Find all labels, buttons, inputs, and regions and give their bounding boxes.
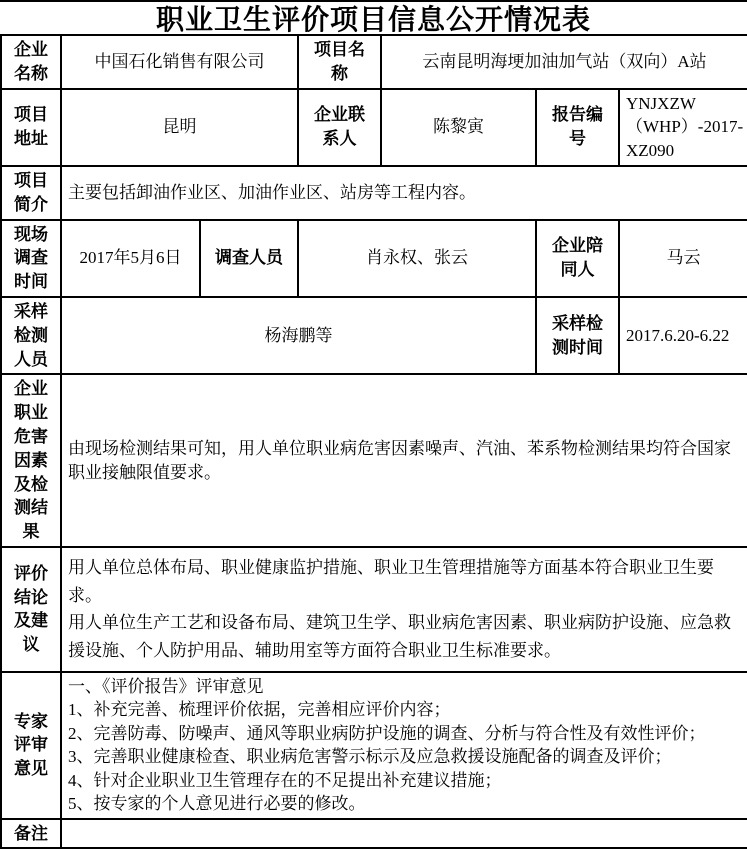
value-remarks: [61, 819, 747, 849]
value-project-name: 云南昆明海埂加油加气站（双向）A站: [381, 35, 747, 89]
label-sampling-time: 采样检测时间: [536, 297, 619, 374]
row-hazards: 企业职业危害因素及检测结果 由现场检测结果可知，用人单位职业病危害因素噪声、汽油…: [1, 374, 747, 547]
row-company: 企业名称 中国石化销售有限公司 项目名称 云南昆明海埂加油加气站（双向）A站: [1, 35, 747, 89]
row-conclusion: 评价结论及建议 用人单位总体布局、职业健康监护措施、职业卫生管理措施等方面基本符…: [1, 547, 747, 672]
expert-review-line-6: 5、按专家的个人意见进行必要的修改。: [68, 792, 743, 815]
label-escort: 企业陪同人: [536, 220, 619, 297]
row-survey: 现场调查时间 2017年5月6日 调查人员 肖永权、张云 企业陪同人 马云: [1, 220, 747, 297]
label-conclusion: 评价结论及建议: [1, 547, 61, 672]
expert-review-line-5: 4、针对企业职业卫生管理存在的不足提出补充建议措施；: [68, 769, 743, 792]
value-survey-staff: 肖永权、张云: [298, 220, 536, 297]
expert-review-line-4: 3、完善职业健康检查、职业病危害警示标示及应急救援设施配备的调查及评价；: [68, 745, 743, 768]
row-remarks: 备注: [1, 819, 747, 849]
value-hazards: 由现场检测结果可知，用人单位职业病危害因素噪声、汽油、苯系物检测结果均符合国家职…: [61, 374, 747, 547]
value-report-number: YNJXZW（WHP）-2017-XZ090: [619, 89, 747, 166]
conclusion-paragraph-1: 用人单位总体布局、职业健康监护措施、职业卫生管理措施等方面基本符合职业卫生要求。: [68, 554, 743, 609]
value-escort: 马云: [619, 220, 747, 297]
value-conclusion: 用人单位总体布局、职业健康监护措施、职业卫生管理措施等方面基本符合职业卫生要求。…: [61, 547, 747, 672]
row-expert-review: 专家评审意见 一、《评价报告》评审意见 1、补充完善、梳理评价依据，完善相应评价…: [1, 672, 747, 819]
value-project-address: 昆明: [61, 89, 298, 166]
value-enterprise-name: 中国石化销售有限公司: [61, 35, 298, 89]
label-project-summary: 项目简介: [1, 166, 61, 220]
value-project-summary: 主要包括卸油作业区、加油作业区、站房等工程内容。: [61, 166, 747, 220]
page-title: 职业卫生评价项目信息公开情况表: [0, 0, 747, 34]
label-contact: 企业联系人: [298, 89, 381, 166]
expert-review-line-3: 2、完善防毒、防噪声、通风等职业病防护设施的调查、分析与符合性及有效性评价；: [68, 722, 743, 745]
disclosure-table: 企业名称 中国石化销售有限公司 项目名称 云南昆明海埂加油加气站（双向）A站 项…: [0, 34, 747, 849]
label-survey-staff: 调查人员: [200, 220, 298, 297]
label-remarks: 备注: [1, 819, 61, 849]
label-report-number: 报告编号: [536, 89, 619, 166]
label-project-name: 项目名称: [298, 35, 381, 89]
expert-review-line-2: 1、补充完善、梳理评价依据，完善相应评价内容；: [68, 698, 743, 721]
conclusion-paragraph-2: 用人单位生产工艺和设备布局、建筑卫生学、职业病危害因素、职业病防护设施、应急救援…: [68, 609, 743, 664]
label-hazards: 企业职业危害因素及检测结果: [1, 374, 61, 547]
label-expert-review: 专家评审意见: [1, 672, 61, 819]
disclosure-form: 职业卫生评价项目信息公开情况表 企业名称 中国石化销售有限公司 项目名称 云南昆…: [0, 0, 747, 849]
value-contact: 陈黎寅: [381, 89, 536, 166]
label-sampling-staff: 采样检测人员: [1, 297, 61, 374]
label-project-address: 项目地址: [1, 89, 61, 166]
value-survey-date: 2017年5月6日: [61, 220, 200, 297]
expert-review-line-1: 一、《评价报告》评审意见: [68, 675, 743, 698]
label-enterprise-name: 企业名称: [1, 35, 61, 89]
value-sampling-staff: 杨海鹏等: [61, 297, 536, 374]
row-address: 项目地址 昆明 企业联系人 陈黎寅 报告编号 YNJXZW（WHP）-2017-…: [1, 89, 747, 166]
value-expert-review: 一、《评价报告》评审意见 1、补充完善、梳理评价依据，完善相应评价内容； 2、完…: [61, 672, 747, 819]
value-sampling-time: 2017.6.20-6.22: [619, 297, 747, 374]
row-summary: 项目简介 主要包括卸油作业区、加油作业区、站房等工程内容。: [1, 166, 747, 220]
label-survey-date: 现场调查时间: [1, 220, 61, 297]
row-sampling: 采样检测人员 杨海鹏等 采样检测时间 2017.6.20-6.22: [1, 297, 747, 374]
